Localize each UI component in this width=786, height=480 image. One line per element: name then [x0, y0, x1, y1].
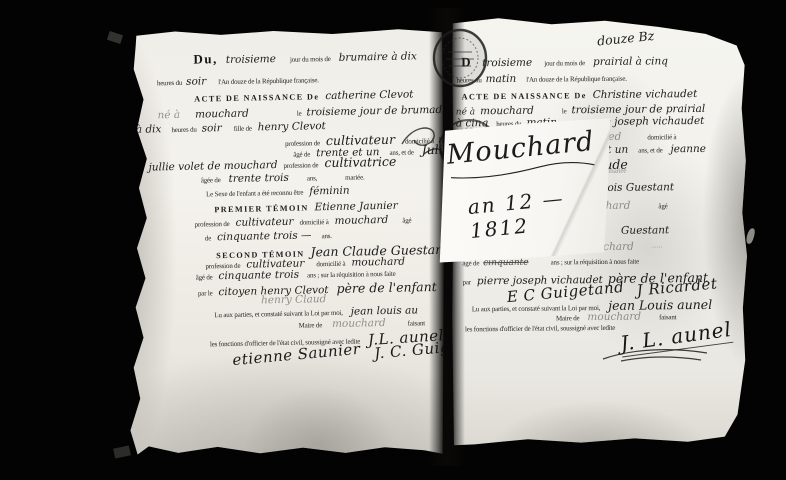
handwritten-text: henry Clevot [258, 120, 326, 133]
handwritten-text: Etienne Jaunier [314, 200, 397, 214]
handwritten-text: père de l'enfant [336, 279, 436, 296]
handwritten-text: t un [607, 144, 628, 156]
printed-form-text: PREMIER TÉMOIN [214, 203, 308, 214]
text-line: heures dusoirl'An douze de la République… [157, 73, 319, 88]
text-line: profession decultivateurdomicilié àmouch… [194, 213, 411, 229]
page-corner-scrap [107, 31, 123, 44]
handwritten-text: catherine Clevot [325, 88, 413, 102]
handwritten-text: cinquante trois — [217, 229, 312, 243]
printed-form-text: Du, [193, 51, 218, 67]
printed-form-text: heures du [157, 79, 182, 87]
printed-form-text: faisant [659, 313, 676, 321]
left-register-page: Du,troisiemejour du mois debrumaire à di… [116, 28, 444, 458]
handwritten-text: troisieme [226, 53, 276, 66]
scanned-register-photograph: Du,troisiemejour du mois debrumaire à di… [0, 0, 786, 480]
text-line: Guestant [621, 224, 669, 237]
handwritten-text: soir [202, 122, 222, 134]
archive-label-text: Mouchard an 12 —1812 [445, 124, 616, 244]
printed-form-text: le [297, 110, 302, 118]
printed-form-text: ····· [652, 243, 663, 251]
printed-form-text: ACTE DE NAISSANCE De [462, 91, 587, 101]
printed-form-text: Maire de [556, 314, 580, 322]
handwritten-text: henry Claud [261, 293, 326, 306]
printed-form-text: heures du [171, 126, 196, 134]
handwritten-text: mouchard [587, 311, 641, 324]
printed-form-text: domicilié à [647, 133, 676, 141]
left-page-text: Du,troisiemejour du mois debrumaire à di… [116, 28, 444, 458]
printed-form-text: âgé [402, 216, 411, 224]
handwritten-text: Christine vichaudet [593, 88, 698, 101]
archive-label: Mouchard an 12 —1812 [438, 116, 612, 264]
handwritten-text: matin [486, 73, 517, 85]
handwritten-text: jeanne [670, 143, 706, 155]
text-line: ACTE DE NAISSANCE DeChristine vichaudet [462, 88, 698, 102]
handwritten-text: çois Guestant [601, 181, 674, 194]
printed-form-text: domicilié à [299, 218, 328, 227]
printed-form-text: de [205, 234, 211, 242]
handwritten-text: soir [186, 75, 206, 87]
printed-form-text: ans ; sur la réquisition à nous faite [551, 258, 640, 267]
printed-form-text: l'An douze de la République française. [218, 76, 319, 86]
text-line: Du,troisiemejour du mois debrumaire à di… [193, 47, 417, 67]
label-year: an 12 —1812 [467, 181, 617, 243]
printed-form-text: ans, et de [638, 146, 662, 154]
printed-form-text: fille de [234, 125, 252, 133]
printed-form-text: ACTE DE NAISSANCE De [194, 92, 319, 103]
printed-form-text: jour du mois de [544, 59, 585, 67]
handwritten-text: cultivatrice [324, 154, 396, 170]
printed-form-text: par le [198, 289, 213, 297]
text-line: âgée detrente troisans,mariée. [201, 170, 365, 185]
printed-form-text: âgé de [196, 273, 213, 281]
printed-form-text: Le Sexe de l'enfant a été reconnu être [206, 189, 303, 199]
printed-form-text: profession de [283, 161, 318, 170]
printed-form-text: âgée de [201, 176, 221, 184]
printed-form-text: ans ; sur la réquisition à nous faite [307, 270, 396, 280]
printed-form-text: âgé [658, 202, 667, 210]
text-line: PREMIER TÉMOINEtienne Jaunier [214, 200, 398, 216]
printed-form-text: faisant [408, 319, 425, 327]
handwritten-text: féminin [309, 185, 350, 198]
printed-form-text: jour du mois de [290, 55, 331, 64]
handwritten-text: brumaire à dix [339, 50, 417, 63]
text-line: Le Sexe de l'enfant a été reconnu êtrefé… [206, 185, 350, 200]
printed-form-text: les fonctions d'officier de l'état civil… [465, 324, 615, 334]
handwritten-text: mouchard [195, 108, 249, 121]
printed-form-text: profession de [195, 220, 230, 229]
handwritten-text: re joseph vichaudet [600, 115, 705, 128]
page-number-note: douze Bz [596, 28, 655, 49]
page-corner-scrap [113, 445, 131, 458]
page-edge-scrap [745, 227, 756, 244]
text-line: çois Guestant [601, 181, 674, 194]
handwritten-text: prairial à cinq [593, 55, 668, 68]
printed-form-text: mariée. [345, 173, 365, 181]
text-line: Maire demouchardfaisant [556, 310, 677, 323]
handwritten-text: chard [603, 241, 634, 253]
handwritten-text: mouchard [335, 214, 389, 227]
text-line: ieddomicilié à [605, 130, 677, 143]
handwritten-text: cinquante trois [218, 269, 299, 283]
printed-form-text: Maire de [299, 321, 323, 329]
handwritten-text: Guestant [621, 224, 669, 237]
text-line: ACTE DE NAISSANCE Decatherine Clevot [194, 88, 413, 104]
printed-form-text: mariée [608, 167, 626, 175]
text-line: chard····· [603, 240, 662, 253]
signature-underline-flourish [601, 345, 711, 363]
text-line: Dtroisiemejour du mois deprairial à cinq [461, 52, 668, 70]
text-line: mariée [608, 167, 626, 175]
handwritten-text: mouchard [332, 317, 386, 330]
round-ink-stamp-icon [432, 28, 490, 88]
text-line: chardâgé [600, 199, 668, 212]
printed-form-text: le [562, 107, 567, 115]
handwritten-text: troisieme jour de brumad [306, 104, 442, 119]
handwritten-text: à dix [136, 123, 162, 135]
handwritten-text: jullie volet de mouchard [148, 159, 277, 173]
text-line: t unans, et dejeanne [607, 143, 706, 156]
text-line: les fonctions d'officier de l'état civil… [465, 324, 615, 334]
printed-form-text: l'An douze de la République française. [526, 75, 627, 84]
printed-form-text: ans. [321, 232, 331, 240]
text-line: henry Claud [261, 293, 326, 306]
text-line: decinquante trois —ans. [205, 229, 332, 243]
handwritten-text: né à [157, 109, 180, 121]
handwritten-text: cultivateur [235, 216, 293, 229]
printed-form-text: ans, [307, 174, 317, 182]
handwritten-text: trente trois [228, 172, 289, 185]
